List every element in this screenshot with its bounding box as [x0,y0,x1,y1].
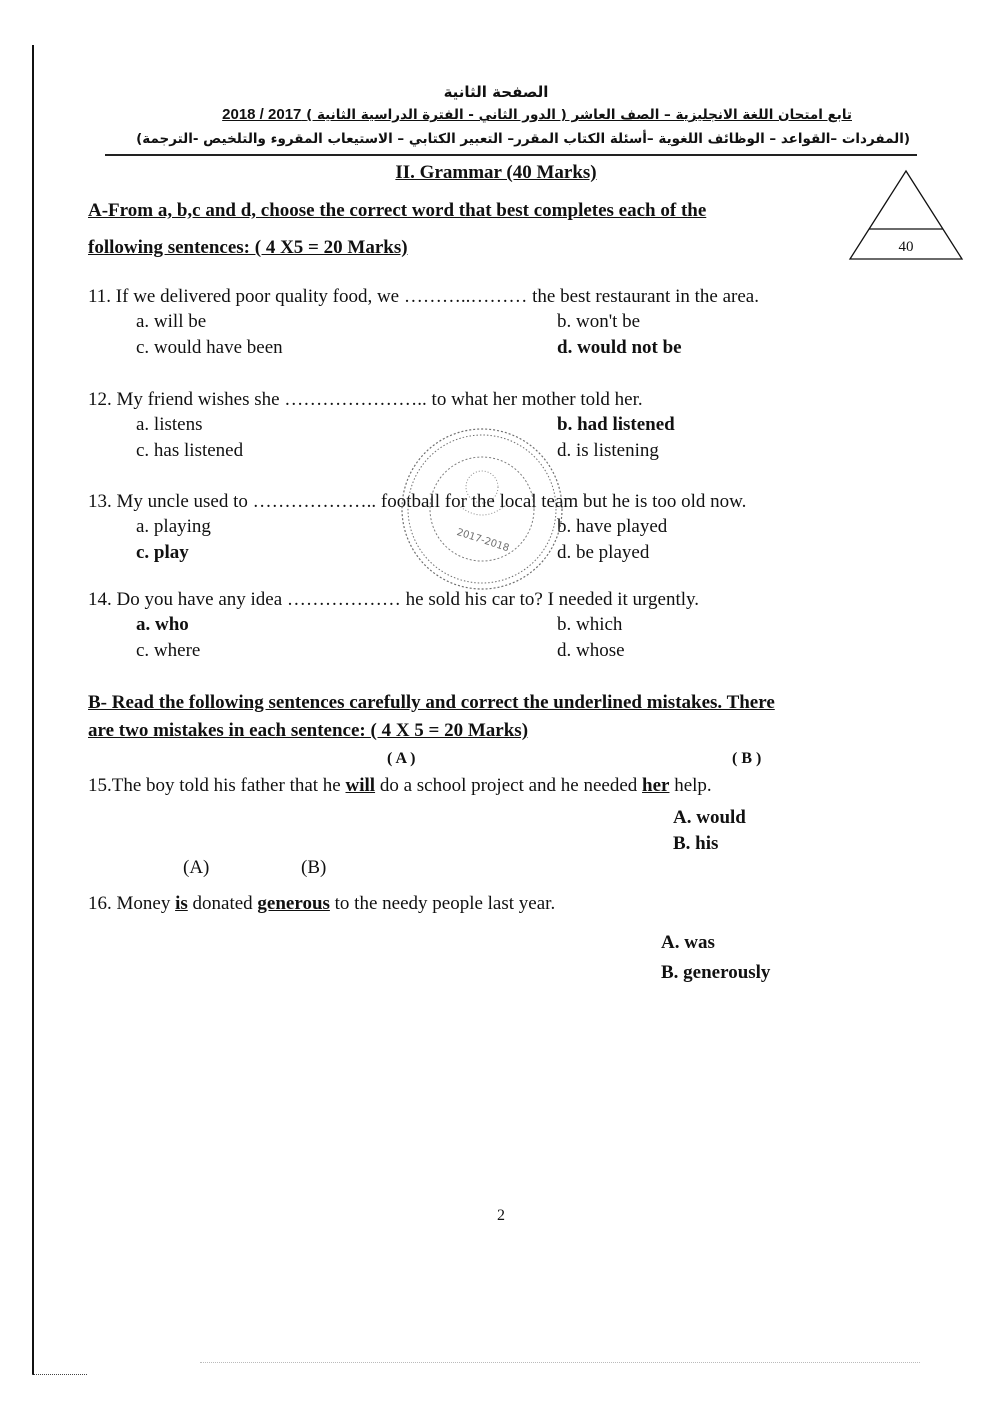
q15-text-pre: The boy told his father that he [112,775,346,796]
scan-noise [200,1362,920,1363]
option-c: c. has listened [136,440,243,462]
q15-mistake-a: will [346,775,376,796]
question-14: 14. Do you have any idea ……………… he sold … [88,589,699,611]
option-b: b. won't be [557,311,640,333]
option-d: d. be played [557,542,649,564]
option-c: c. would have been [136,337,283,359]
page-title-arabic: الصفحة الثانية [0,83,992,101]
q15-label-b: ( B ) [732,750,761,768]
margin-foot-dots [32,1374,87,1375]
q16-text-mid: donated [188,893,258,914]
q16-text-pre: Money [112,893,175,914]
q16-label-b: (B) [301,857,326,879]
option-a: a. playing [136,516,211,538]
svg-text:2017-2018: 2017-2018 [455,527,510,554]
option-c: c. play [136,542,189,564]
part-a-instruction-line1: A-From a, b,c and d, choose the correct … [88,200,706,222]
exam-header-text: تابع امتحان اللغة الانجليزية – الصف العا… [306,107,852,123]
marks-triangle-icon: 40 [848,169,964,261]
option-d: d. would not be [557,337,682,359]
question-16: 16. Money is donated generous to the nee… [88,893,555,915]
q15-text-mid: do a school project and he needed [375,775,642,796]
question-11: 11. If we delivered poor quality food, w… [88,286,759,308]
part-b-instruction-line2: are two mistakes in each sentence: ( 4 X… [88,720,528,742]
q15-answer-a: A. would [673,807,746,829]
option-c: c. where [136,640,200,662]
q16-answer-b: B. generously [661,962,770,984]
svg-text:40: 40 [899,239,914,255]
option-a: a. who [136,614,189,636]
question-15: 15.The boy told his father that he will … [88,775,712,797]
option-a: a. will be [136,311,206,333]
q16-text-post: to the needy people last year. [330,893,555,914]
option-b: b. had listened [557,414,675,436]
option-b: b. which [557,614,622,636]
q15-number: 15. [88,775,112,796]
q15-mistake-b: her [642,775,669,796]
q15-label-a: ( A ) [387,750,415,768]
part-b-instruction-line1: B- Read the following sentences carefull… [88,692,775,714]
q16-mistake-b: generous [257,893,329,914]
q15-answer-b: B. his [673,833,718,855]
academic-year: 2018 / 2017 [222,106,301,123]
exam-header-line: تابع امتحان اللغة الانجليزية – الصف العا… [200,106,852,123]
option-b: b. have played [557,516,667,538]
q16-number: 16. [88,893,112,914]
page-number: 2 [497,1207,505,1225]
exam-topics-line: (المفردات –القواعد – الوظائف اللغوية –أس… [110,131,910,147]
option-d: d. whose [557,640,625,662]
q16-answer-a: A. was [661,932,715,954]
section-title: II. Grammar (40 Marks) [0,162,992,184]
header-rule [105,154,917,156]
left-margin-line [32,45,34,1375]
option-d: d. is listening [557,440,659,462]
option-a: a. listens [136,414,203,436]
q15-text-post: help. [669,775,711,796]
q16-mistake-a: is [175,893,188,914]
part-a-instruction-line2: following sentences: ( 4 X5 = 20 Marks) [88,237,408,259]
q16-label-a: (A) [183,857,209,879]
question-13: 13. My uncle used to ……………….. football f… [88,491,746,513]
question-12: 12. My friend wishes she ………………….. to wh… [88,389,643,411]
